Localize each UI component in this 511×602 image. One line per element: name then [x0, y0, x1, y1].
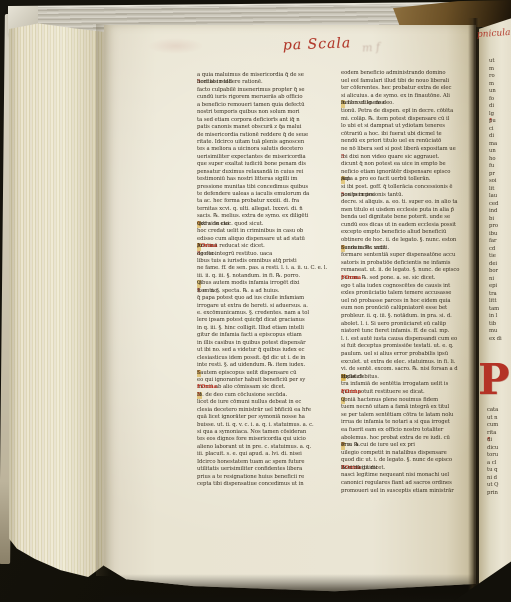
text-line: tes eos dignos fore misericordia qui uic…: [197, 436, 338, 443]
text-line: hoc credat uelit in criminibus in casu o…: [197, 228, 338, 235]
text-line: abolemus. hoc probat extra de re iudi. c…: [341, 435, 470, 443]
text-line: toru: [487, 452, 509, 460]
text-line: formare sententiā super dispensatōne a…: [341, 252, 470, 260]
text-line: te a. ℞. ¶ Porro ia cui de iure uel ex p…: [341, 442, 470, 450]
text-line: ne fame. ff. de sen. pas. a resti. l. i.…: [197, 265, 338, 272]
text-line: tes a meliora a uicinora salutis deceter…: [197, 146, 338, 153]
text-line: ritate. Idcirco uitam tuā plenis agnosc…: [197, 139, 338, 146]
text-line: mu: [489, 328, 511, 336]
text-line: extra de elec. quod sicut. ¶ Quod si in …: [197, 221, 338, 228]
text-line: si fuit deceptus promissiōe testati. ut…: [341, 343, 470, 351]
text-line: tionū. Petra de dispen. epī in decre. …: [341, 108, 470, 116]
text-line: cum: [487, 422, 509, 430]
text-line: cepta tibi dispensatiue concedimus ut in: [197, 481, 338, 488]
text-line: porum. ℞. sed pone. a. se. sic dicet. FO…: [341, 275, 470, 283]
text-line: neficio etiam ignorātēr dispensare epi…: [341, 169, 470, 177]
text-line: inte resti. §. ad uidendum. ℞. item iude…: [197, 362, 338, 369]
text-line: nendū ex priori titulo uel ex renūciat…: [341, 138, 470, 146]
text-line: ut Q: [487, 482, 509, 490]
text-line: litt: [489, 298, 511, 306]
text-line: tam: [489, 306, 511, 314]
text-line: a cl: [487, 460, 509, 468]
text-line: fo: [489, 96, 511, 104]
text-line: prius a te resignatione huius beneficii …: [197, 474, 338, 481]
text-line: niatorē tunc fieret infamis. ff. de cal…: [341, 328, 470, 336]
text-line: cd: [489, 246, 511, 254]
text-line: ut n: [487, 415, 509, 423]
text-line: far: [489, 238, 511, 246]
text-line: abolet. l. i. Si uero pronūciaret eū c…: [341, 321, 470, 329]
text-line: nasci legitime nequeant nisi monachi uel: [341, 472, 470, 480]
text-line: epi: [489, 283, 511, 291]
text-line: lit: [489, 186, 511, 194]
text-line: dei: [489, 261, 511, 269]
text-line: testimoniū has nostri litteras sigilli …: [197, 176, 338, 183]
text-line: a beneficio remoueri tamen quia defectū: [197, 102, 338, 109]
text-line: promoueri uel in susceptis etiam ministr…: [341, 488, 470, 496]
text-line: ego t alia iudex cognoscētes de causis …: [341, 283, 470, 291]
text-line: eum non pronūciō calūpniatorē esse b…: [341, 305, 470, 313]
text-line: iii. placuit. s. e. qui apud. a. lvi. di…: [197, 451, 338, 458]
text-line: tra infamiā de sentētia irrogatam ueli…: [341, 381, 470, 389]
text-line: eo qui ignoranter habuit beneficiū per …: [197, 377, 338, 384]
text-line: bor: [489, 268, 511, 276]
text-line: ℞. utrū ita dicet. FOrma licet illegiti…: [341, 465, 470, 473]
text-line: ¶pu: [489, 118, 511, 126]
text-line: buisse. ut. ii. q. v. c. i. a. q. i. sta…: [197, 422, 338, 429]
text-line: satoris in probatiōe deficientis ne inf…: [341, 260, 470, 268]
text-line: in illis casibus in quibus potest dispen…: [197, 340, 338, 347]
text-line: licet de iure cōmuni nullus debeat in e…: [197, 399, 338, 406]
text-line: ¶ di: [487, 437, 509, 445]
fore-edge-page-stack: [9, 20, 108, 586]
page-bottom-shadow: [104, 574, 476, 602]
text-line: bi: [489, 216, 511, 224]
text-line: dendum. ℞. xxxiii. ¶ Si uero iudex uelit: [341, 245, 470, 253]
text-line: si alicuius. a de symo. ex in finautōne…: [341, 93, 470, 101]
text-line: ta ac. hec forma probatur xxxiii. di. fr…: [197, 198, 338, 205]
text-line: uilegio competit in natalibus dispensare: [341, 450, 470, 458]
text-line: eodem beneficio administrando domino: [341, 70, 470, 78]
text-line: irrogare ut extra de hereti. si aduersus…: [197, 303, 338, 310]
facing-text-fragments-upper: utmromunfodilg¶pucidimaunhofuprsoilitlau…: [489, 58, 511, 343]
text-line: Quoniā hactenus plene nouimus fidem: [341, 397, 470, 405]
text-line: ternitas xcvi. q. ulti. allegat. lxxxvi.…: [197, 206, 338, 213]
text-line: utilitatis uerisimiliter confidentes lib…: [197, 466, 338, 473]
text-line: H Io. de deo cum cōclusione secūda. Ʒ: [197, 392, 338, 399]
text-column-right: eodem beneficio administrando dominouel …: [341, 70, 470, 495]
text-line: patis canonis manet obscurā z q̄a malui: [197, 124, 338, 131]
text-line: probleur. ii. q. iii. §. notādum. in pr…: [341, 313, 470, 321]
text-line: ro: [489, 73, 511, 81]
lombard-initial: P: [478, 357, 508, 407]
text-line: cata: [487, 407, 509, 415]
text-line: in l: [489, 313, 511, 321]
text-line: de misericordia rationē reddere q̄ de s…: [197, 132, 338, 139]
text-column-left: a quia maluimus de misericordia q̄ de se…: [197, 72, 338, 489]
text-line: benda uel dignitate bene poterit. unde s…: [341, 214, 470, 222]
text-line: lg: [489, 111, 511, 119]
text-line: ind: [489, 208, 511, 216]
text-line: fu: [489, 163, 511, 171]
text-line: a quia maluimus de misericordia q̄ de se: [197, 72, 338, 79]
text-line: ne nō libera sed si post liberā exposi…: [341, 146, 470, 154]
text-line: remaneat. ut. ii. de legato. §. nunc. de…: [341, 267, 470, 275]
text-line: tuem necnō uitam a famā integrā ex ti…: [341, 404, 470, 412]
text-line: te defendere ualeas a iaculis emulorum d…: [197, 191, 338, 198]
text-line: exculet. ut extra de elec. statuimus. in…: [341, 359, 470, 367]
text-line: non permissionis tantū. Ʒ posito in pre: [341, 192, 470, 200]
text-line: tamen ut Io. de deo. A in libro dispensa: [341, 100, 470, 108]
text-line: prin: [487, 490, 509, 498]
text-line: irrua de infamia te notari a si qua irro…: [341, 419, 470, 427]
text-line: alieno laborant ut in pre. c. statuimus.…: [197, 444, 338, 451]
text-line: moniā ab alio cōmissam sic dicet. FOrm…: [197, 384, 338, 391]
text-line: nostri temporis quibus non solum mori: [197, 109, 338, 116]
text-line: e. excōmunicamus. §. credentes. nam a t…: [197, 310, 338, 317]
text-line: ut ibi no. sed a videtur q̄ quibus iudex…: [197, 347, 338, 354]
text-line: ho: [489, 156, 511, 164]
text-line: q̄ papa potest quo ad ius ciuile infamia…: [197, 295, 338, 302]
text-line: ibu: [489, 231, 511, 239]
text-line: Idcirco honestatem tuam ac spem future: [197, 459, 338, 466]
text-line: pr: [489, 171, 511, 179]
text-line: de deo. Ʒ ego te integrū restituo. uaca: [197, 251, 338, 258]
text-line: quod dic ut. i. de legato. §. nunc de ep…: [341, 457, 470, 465]
text-line: Quibus autem modis infamia irrogēt dixi: [197, 280, 338, 287]
text-line: exles pronūciatio talem temere accusass…: [341, 290, 470, 298]
text-line: m: [489, 81, 511, 89]
text-line: soi: [489, 178, 511, 186]
text-line: mi. colāp. ℞. item potest dispensare cu…: [341, 116, 470, 124]
text-line: ex di: [489, 336, 511, 344]
text-line: ea fuerit eam ex officio nostro totalite…: [341, 427, 470, 435]
text-line: uerisimiliter expectantes de misericordi…: [197, 154, 338, 161]
text-line: facto culpabilē inuenerimus propter q̄ …: [197, 87, 338, 94]
text-line: si ibi post. goff. q̄ tollerācia conces…: [341, 184, 470, 192]
text-line: un: [489, 88, 511, 96]
text-line: in q. iii. §. hinc colligit. Illud etiam…: [197, 325, 338, 332]
ink-showthrough-smear: [148, 38, 204, 54]
text-line: iii. ii. q. iii. §. notandum. in fi. ℞. …: [197, 273, 338, 280]
text-line: ta sed etiam corpora deficiorīs ant iq̄…: [197, 117, 338, 124]
text-line: tie: [489, 253, 511, 261]
text-line: libus tuis a iurisdis omnibus atq̄ prist…: [197, 258, 338, 265]
text-line: uel eoī famulari illud tibi de nouo lib…: [341, 78, 470, 86]
text-line: edisso cum aliquo dispensare ut ad statu…: [197, 236, 338, 243]
text-line: si qua a symoniaca. Nos tamen cōsideran: [197, 429, 338, 436]
text-line: cōtrariū a hoc. ibi fuerat ubi dicmel …: [341, 131, 470, 139]
text-line: di: [489, 103, 511, 111]
text-line: dicunt q̄ non potest ea uice in empto be: [341, 161, 470, 169]
text-line: s. e. ti. §. specta. ℞. a ad huius. ¶ It…: [197, 288, 338, 295]
text-line: pristinū reducat sic dicet. FOrma A Io.: [197, 243, 338, 250]
text-line: pro: [489, 223, 511, 231]
text-line: pressione munitas tibi concedimus quibus: [197, 184, 338, 191]
text-line: qui id potuit restituere se dicat. FOrma: [341, 389, 470, 397]
text-line: un: [489, 148, 511, 156]
text-line: tu q: [487, 467, 509, 475]
text-line: excepto empto beneficio aliud beneficiū: [341, 229, 470, 237]
text-line: cundū iuris rigorem meruerās ab offici…: [197, 94, 338, 101]
text-line: di: [489, 133, 511, 141]
text-line: quā licet ignorāter per symoniā nosse…: [197, 414, 338, 421]
text-line: pensatur duximus relaxandā in cuius rei: [197, 169, 338, 176]
text-line: canonici regulares fiant ad sacros ordin…: [341, 480, 470, 488]
text-line: ¶ Si autem episcopus uelit dispensare cu…: [197, 370, 338, 377]
text-line: ut: [489, 58, 511, 66]
text-line: ibi dixi non video quare sic aggrauet. Ʒ: [341, 154, 470, 162]
text-line: ced: [489, 201, 511, 209]
text-line: clesia decetero ministrār uel bn̄ficiū…: [197, 407, 338, 414]
text-line: lere ipsam potest quicq̄d dicat gracianu…: [197, 317, 338, 324]
text-line: m: [489, 66, 511, 74]
text-line: que super exaltat iudiciū bone penam di…: [197, 161, 338, 168]
text-line: decre. si aliquis. a. eo. ti. super eo. …: [341, 199, 470, 207]
text-line: clesiasticus idem possit. q̄d dic ut i. …: [197, 355, 338, 362]
text-line: tra: [489, 291, 511, 299]
text-line: lau: [489, 193, 511, 201]
text-line: rita: [487, 430, 509, 438]
text-line: vi. de sentē. excom. sacro. ℞. nisi for…: [341, 366, 470, 374]
text-line: tib: [489, 321, 511, 329]
book-photo: pa Scala m f pnicula a quia maluimus de …: [0, 0, 511, 602]
text-line: cundū eos dicas ut in eadem ecclesia po…: [341, 222, 470, 230]
text-line: ni d: [487, 475, 509, 483]
text-line: uel nō probasse parces in hoc eidem qui…: [341, 298, 470, 306]
text-line: men titulo ei uisdem ecclesie puta in al…: [341, 207, 470, 215]
text-line: ci: [489, 126, 511, 134]
text-line: gitur de infamia facti a episcopus etiam: [197, 332, 338, 339]
text-line: paulum. uel si alius error probabilis ip…: [341, 351, 470, 359]
running-title-left: pa Scala: [283, 34, 374, 61]
text-line: sacis. ℞. melius. extra de symo. ex dili…: [197, 213, 338, 220]
text-line: ni: [489, 276, 511, 284]
text-line: lo ubi et si dampnat ut ydiotam teneres: [341, 123, 470, 131]
facing-text-fragments-lower: cataut ncumrita¶ didicutorua cltu qni du…: [487, 407, 509, 497]
text-line: ueritate reddere rationē. Ʒ licet te in…: [197, 79, 338, 86]
text-line: puta a pro eo facit uerbū tollerān. A …: [341, 176, 470, 184]
text-line: dicu: [487, 445, 509, 453]
text-line: ter cōferentes. hec probatur extra de e…: [341, 85, 470, 93]
text-line: ap. ut debitus. ¶ Quod si. H suple cō: [341, 374, 470, 382]
text-line: l. i. est autē iusta causa dispensandi …: [341, 336, 470, 344]
text-line: ma: [489, 141, 511, 149]
text-line: obtinere de hoc. ii. de legato. §. nunc.…: [341, 237, 470, 245]
text-line: se per talem sentētiam cōtra te latam …: [341, 412, 470, 420]
